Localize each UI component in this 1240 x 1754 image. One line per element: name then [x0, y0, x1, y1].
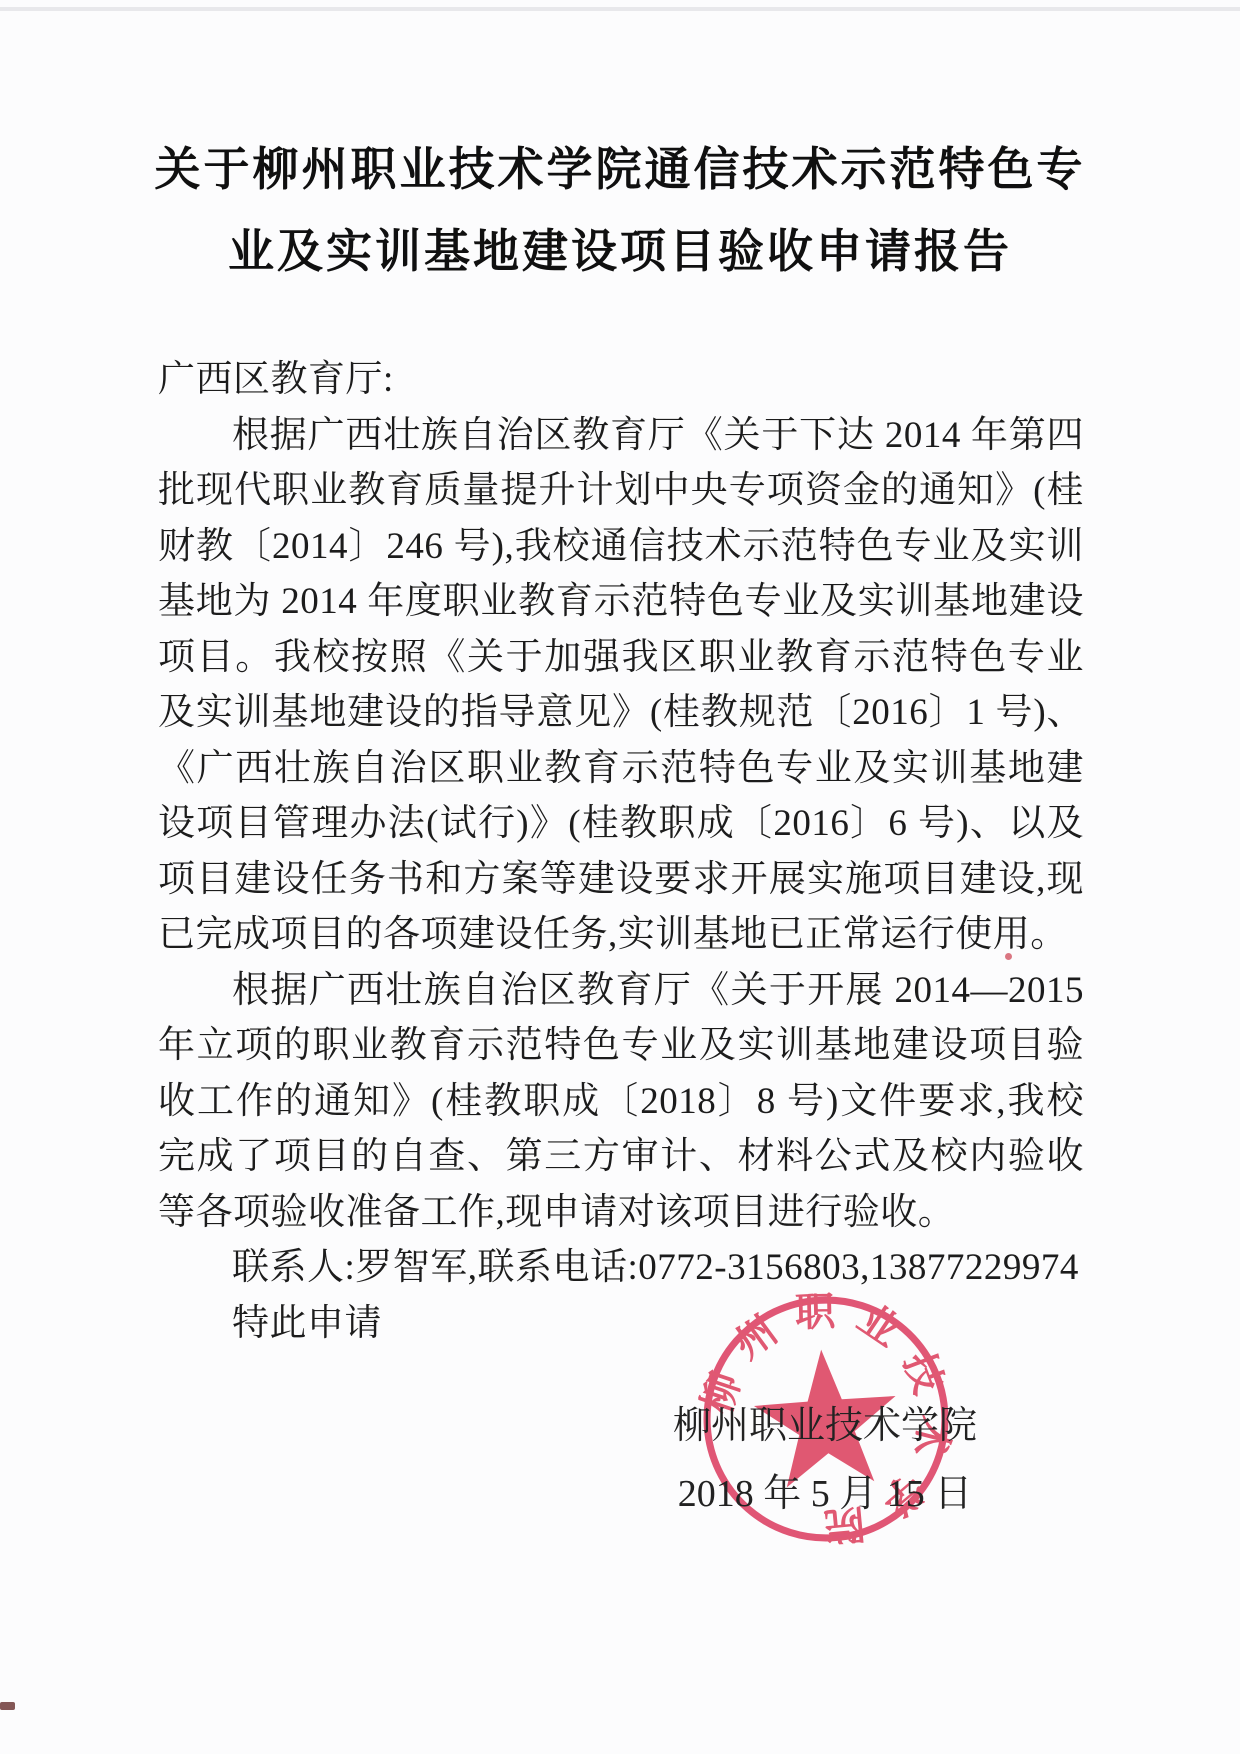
paragraph-2: 根据广西壮族自治区教育厅《关于开展 2014—2015 年立项的职业教育示范特色… — [158, 963, 1084, 1241]
signature-date: 2018 年 5 月 15 日 — [610, 1460, 1040, 1528]
scan-edge-artifact — [0, 7, 1240, 11]
signature-block: 柳州职业技术学院 2018 年 5 月 15 日 — [610, 1392, 1040, 1528]
title-line-1: 关于柳州职业技术学院通信技术示范特色专 — [105, 128, 1135, 210]
contact-line: 联系人:罗智军,联系电话:0772-3156803,13877229974 — [158, 1240, 1084, 1296]
scanned-document-page: 关于柳州职业技术学院通信技术示范特色专 业及实训基地建设项目验收申请报告 广西区… — [0, 0, 1240, 1754]
red-dot-artifact — [1005, 953, 1012, 960]
document-body: 广西区教育厅: 根据广西壮族自治区教育厅《关于下达 2014 年第四批现代职业教… — [158, 352, 1084, 1351]
edge-mark-artifact — [0, 1702, 15, 1710]
signature-organization: 柳州职业技术学院 — [610, 1392, 1040, 1460]
salutation: 广西区教育厅: — [158, 352, 1084, 408]
title-line-2: 业及实训基地建设项目验收申请报告 — [105, 210, 1135, 292]
paragraph-1: 根据广西壮族自治区教育厅《关于下达 2014 年第四批现代职业教育质量提升计划中… — [158, 408, 1084, 963]
document-title: 关于柳州职业技术学院通信技术示范特色专 业及实训基地建设项目验收申请报告 — [105, 128, 1135, 292]
